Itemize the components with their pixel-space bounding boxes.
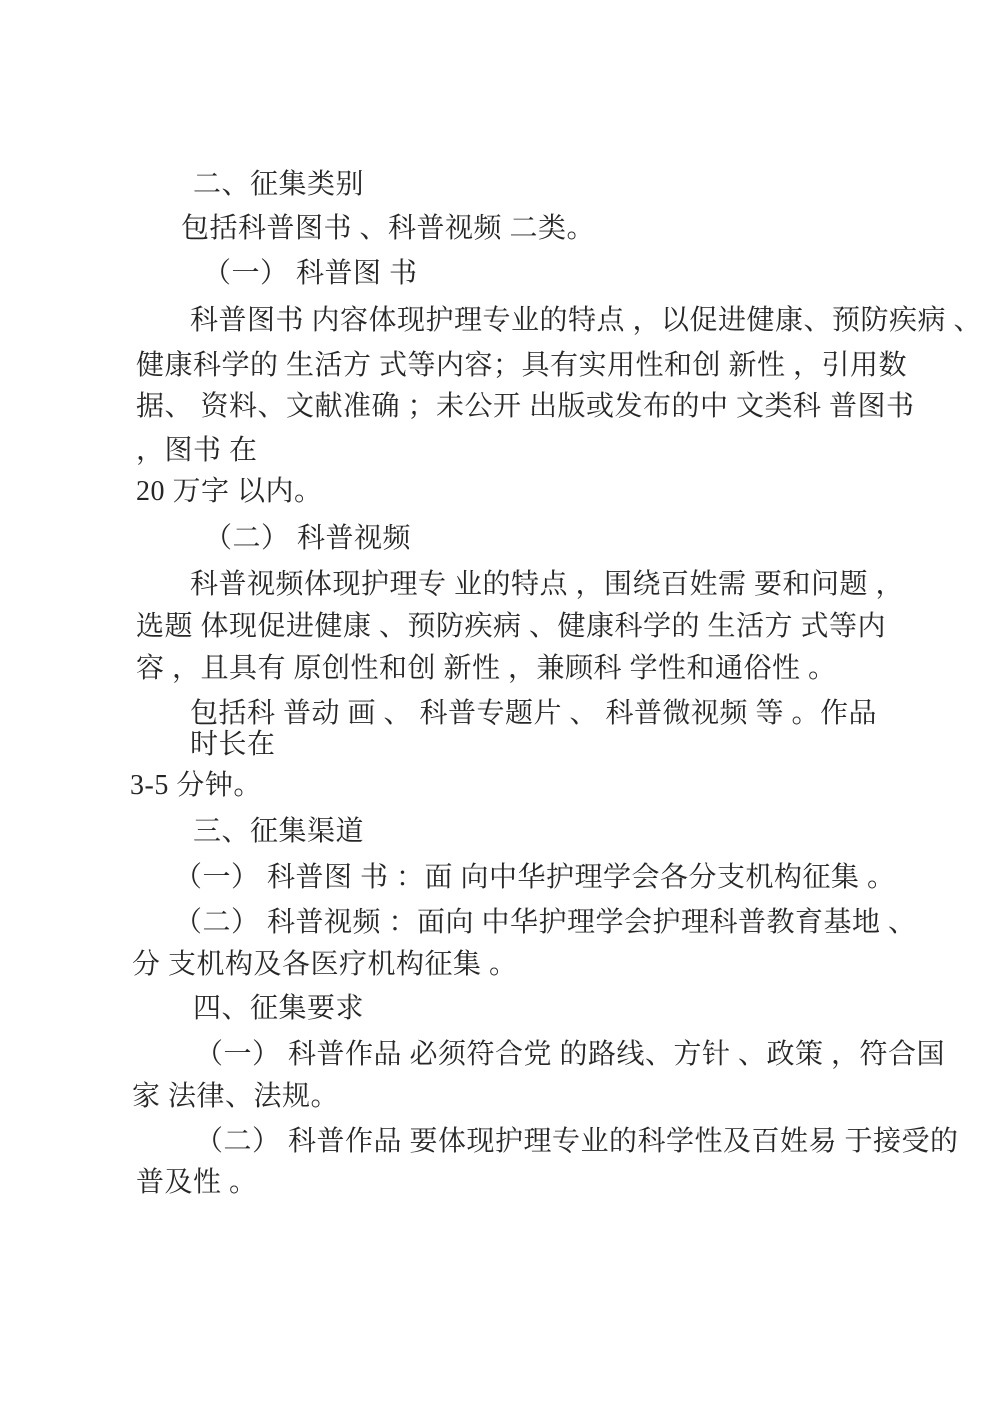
body-line-categories-summary: 包括科普图书 、科普视频 二类。 (181, 212, 595, 246)
subheading-item2-videos: （二） 科普视频 (204, 522, 411, 556)
document-page: 二、征集类别 包括科普图书 、科普视频 二类。 （一） 科普图 书 科普图书 内… (0, 0, 1000, 1415)
body-line-videos-2: 选题 体现促进健康 、预防疾病 、健康科学的 生活方 式等内 (136, 610, 886, 644)
body-line-videos-types: 包括科 普动 画 、 科普专题片 、 科普微视频 等 。作品 (190, 697, 877, 731)
item2-videos-channel-b: 分 支机构及各医疗机构征集 。 (132, 948, 518, 982)
body-line-videos-duration-b: 3-5 分钟。 (130, 769, 262, 803)
body-line-videos-3: 容 ，且具有 原创性和创 新性 ，兼顾科 学性和通俗性 。 (136, 652, 837, 686)
subheading-item1-books: （一） 科普图 书 (203, 257, 418, 291)
body-line-videos-1: 科普视频体现护理专 业的特点 ，围绕百姓需 要和问题 ， (190, 568, 904, 602)
item2-videos-channel-a: （二） 科普视频 ：面向 中华护理学会护理科普教育基地 、 (174, 906, 917, 940)
section-heading-4-requirements: 四、征集要求 (193, 992, 364, 1026)
item2-requirement-b: 普及性 。 (136, 1166, 258, 1200)
item1-books-channel: （一） 科普图 书 ：面 向中华护理学会各分支机构征集 。 (174, 861, 896, 895)
body-line-books-4: ，图书 在 (136, 434, 258, 468)
body-line-books-2: 健康科学的 生活方 式等内容；具有实用性和创 新性 ，引用数 (136, 349, 907, 383)
body-line-books-wordlimit: 20 万字 以内。 (136, 475, 323, 509)
body-line-videos-duration-a: 时长在 (190, 728, 276, 762)
section-heading-3-channels: 三、征集渠道 (193, 815, 364, 849)
item2-requirement-a: （二） 科普作品 要体现护理专业的科学性及百姓易 于接受的 (195, 1125, 959, 1159)
body-line-books-1: 科普图书 内容体现护理专业的特点 ，以促进健康、预防疾病 、 (190, 304, 982, 338)
body-line-books-3: 据、 资料、文献准确 ；未公开 出版或发布的中 文类科 普图书 (136, 390, 915, 424)
item1-requirement-b: 家 法律、法规。 (132, 1080, 339, 1114)
section-heading-2-categories: 二、征集类别 (193, 168, 364, 202)
item1-requirement-a: （一） 科普作品 必须符合党 的路线、方针 、政策 ，符合国 (195, 1038, 945, 1072)
